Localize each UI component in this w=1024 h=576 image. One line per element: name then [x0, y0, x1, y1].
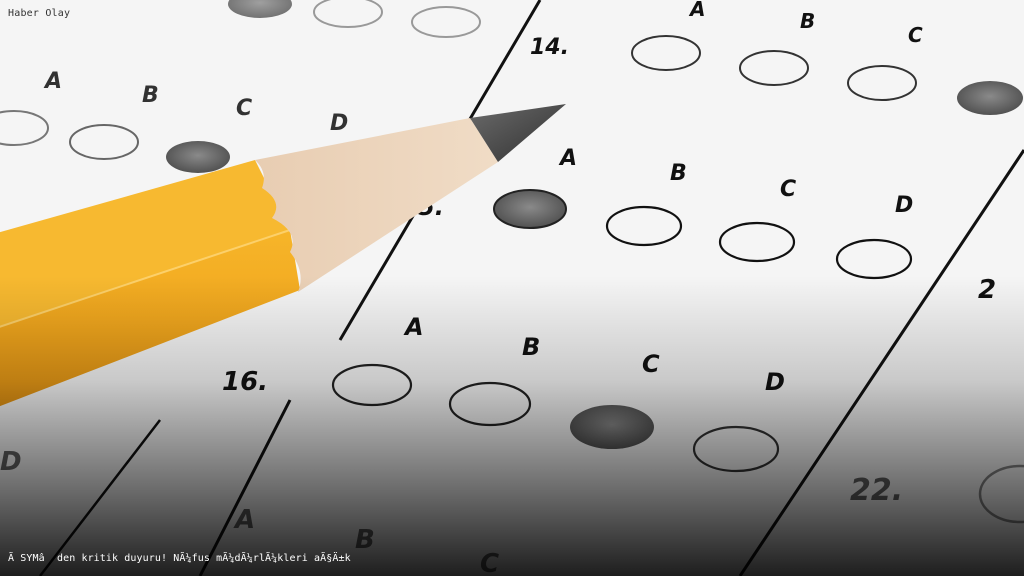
news-image-frame: A B C D A B C 14. A B C D 5. 2 [0, 0, 1024, 576]
svg-text:B: B [800, 9, 815, 33]
svg-text:A: A [688, 0, 705, 21]
answer-sheet-photo: A B C D A B C 14. A B C D 5. 2 [0, 0, 1024, 576]
svg-text:C: C [908, 23, 923, 47]
svg-text:A: A [403, 313, 424, 341]
source-watermark: Haber Olay [8, 8, 70, 19]
svg-text:B: B [670, 161, 687, 186]
svg-text:C: C [780, 177, 796, 202]
svg-text:A: A [233, 505, 255, 535]
svg-text:B: B [522, 333, 540, 361]
svg-text:D: D [0, 447, 22, 477]
svg-text:C: C [480, 549, 499, 576]
svg-text:D: D [765, 368, 785, 396]
news-headline-caption: Ã SYMâ den kritik duyuru! NÃ¼fus mÃ¼dÃ¼r… [8, 553, 351, 564]
svg-text:C: C [236, 96, 252, 121]
svg-text:D: D [330, 111, 348, 136]
svg-text:C: C [642, 350, 660, 378]
svg-text:A: A [43, 69, 62, 94]
svg-text:B: B [355, 525, 375, 555]
svg-text:B: B [142, 83, 159, 108]
svg-text:D: D [895, 193, 913, 218]
svg-text:16.: 16. [222, 367, 268, 397]
svg-text:A: A [558, 146, 577, 171]
svg-text:14.: 14. [530, 35, 569, 60]
svg-text:22.: 22. [850, 473, 903, 508]
svg-text:2: 2 [978, 275, 996, 305]
